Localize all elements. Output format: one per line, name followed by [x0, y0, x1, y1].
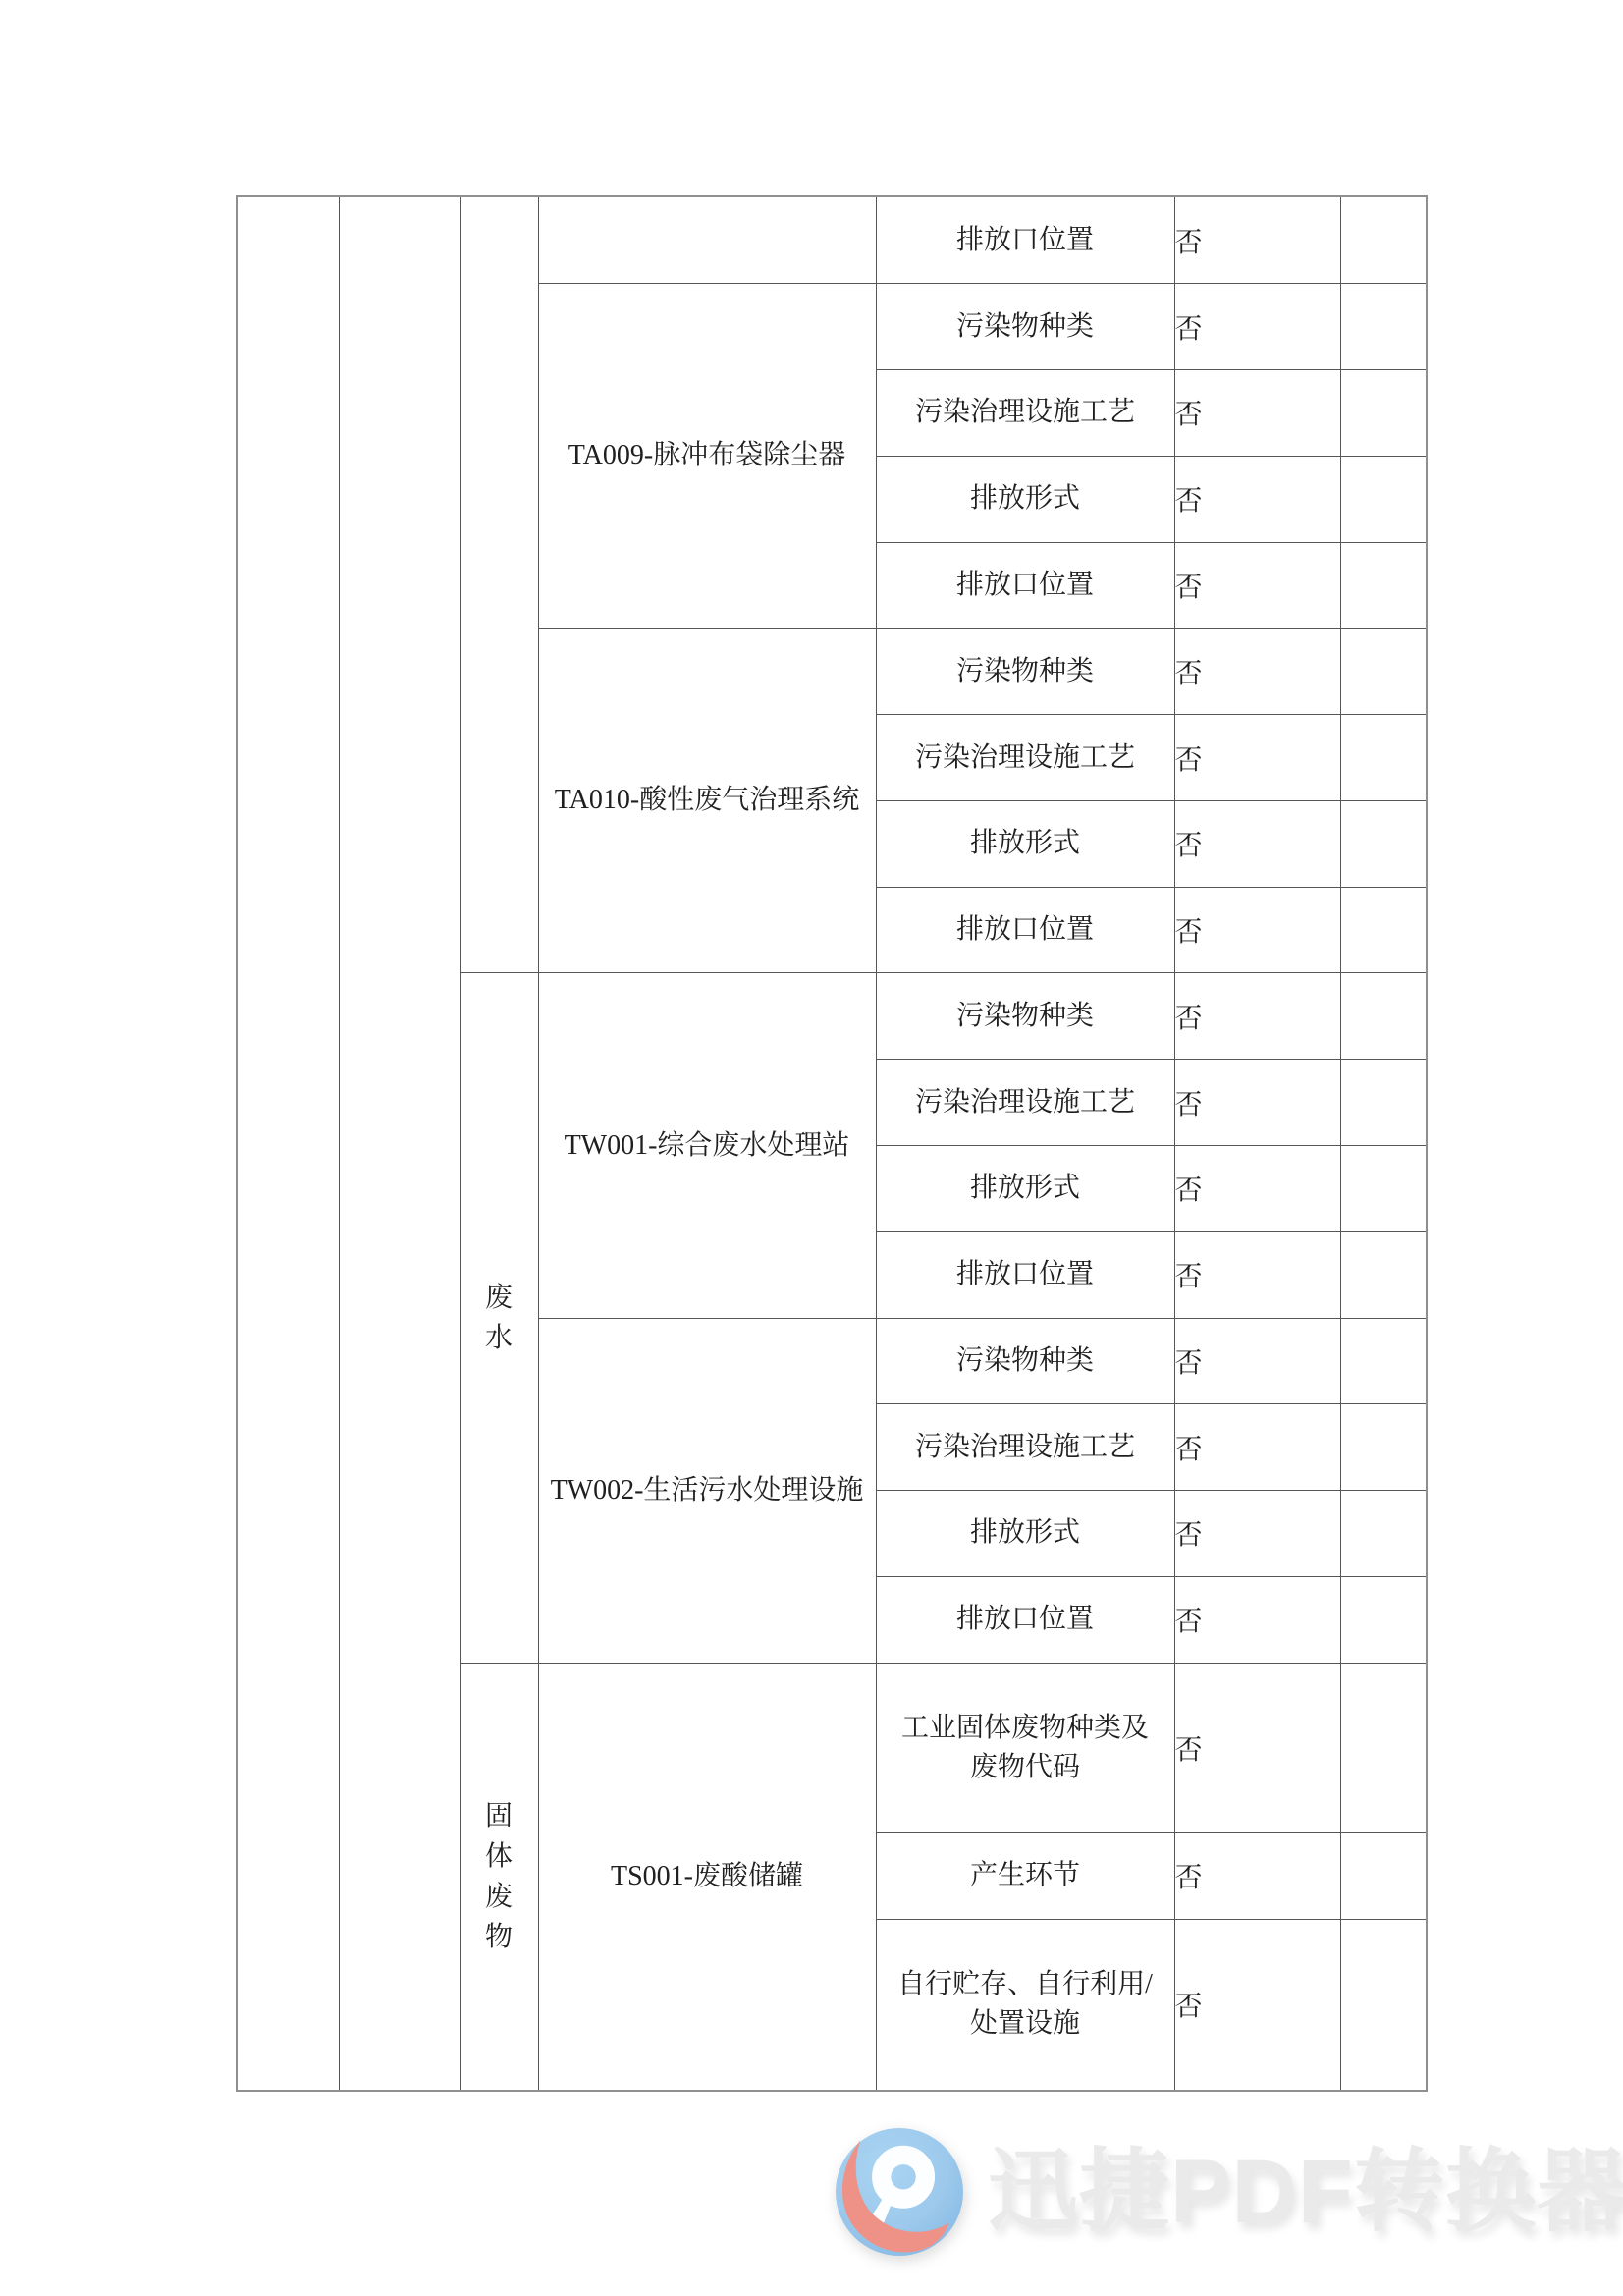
- document-page: 排放口位置否TA009-脉冲布袋除尘器污染物种类否污染治理设施工艺否排放形式否排…: [0, 0, 1623, 2296]
- xunjie-pdf-converter-logo-icon: [835, 2127, 964, 2257]
- empty-column-1-cell: [237, 196, 339, 2091]
- parameter-label-cell: 排放形式: [876, 800, 1174, 887]
- table-row: 排放口位置否: [237, 196, 1427, 284]
- empty-column-last-cell: [1340, 370, 1427, 457]
- category-cell: [460, 196, 538, 973]
- value-cell: 否: [1174, 1833, 1340, 1920]
- value-cell: 否: [1174, 715, 1340, 801]
- value-cell: 否: [1174, 973, 1340, 1060]
- watermark-text: 迅捷PDF转换器: [988, 2127, 1623, 2257]
- empty-column-last-cell: [1340, 542, 1427, 629]
- empty-column-last-cell: [1340, 1919, 1427, 2091]
- parameter-label-cell: 污染物种类: [876, 284, 1174, 370]
- empty-column-last-cell: [1340, 1318, 1427, 1404]
- empty-column-2-cell: [339, 196, 460, 2091]
- empty-column-last-cell: [1340, 629, 1427, 715]
- permit-table: 排放口位置否TA009-脉冲布袋除尘器污染物种类否污染治理设施工艺否排放形式否排…: [236, 195, 1428, 2092]
- parameter-label-cell: 排放形式: [876, 1491, 1174, 1577]
- parameter-label-cell: 污染治理设施工艺: [876, 1060, 1174, 1146]
- value-cell: 否: [1174, 800, 1340, 887]
- parameter-label-cell: 污染物种类: [876, 629, 1174, 715]
- value-cell: 否: [1174, 1919, 1340, 2091]
- facility-name-cell: TW002-生活污水处理设施: [538, 1318, 876, 1663]
- parameter-label-cell: 排放口位置: [876, 1576, 1174, 1663]
- parameter-label-cell: 污染治理设施工艺: [876, 1404, 1174, 1491]
- parameter-label-cell: 产生环节: [876, 1833, 1174, 1920]
- category-cell: 固 体 废 物: [460, 1663, 538, 2091]
- parameter-label-cell: 排放形式: [876, 456, 1174, 542]
- value-cell: 否: [1174, 887, 1340, 973]
- parameter-label-cell: 排放形式: [876, 1146, 1174, 1232]
- empty-column-last-cell: [1340, 973, 1427, 1060]
- value-cell: 否: [1174, 1404, 1340, 1491]
- value-cell: 否: [1174, 1576, 1340, 1663]
- value-cell: 否: [1174, 1060, 1340, 1146]
- empty-column-last-cell: [1340, 800, 1427, 887]
- value-cell: 否: [1174, 1663, 1340, 1832]
- facility-name-cell: TA009-脉冲布袋除尘器: [538, 284, 876, 629]
- value-cell: 否: [1174, 370, 1340, 457]
- parameter-label-cell: 自行贮存、自行利用/ 处置设施: [876, 1919, 1174, 2091]
- parameter-label-cell: 工业固体废物种类及 废物代码: [876, 1663, 1174, 1832]
- value-cell: 否: [1174, 456, 1340, 542]
- facility-name-cell: [538, 196, 876, 284]
- value-cell: 否: [1174, 629, 1340, 715]
- value-cell: 否: [1174, 196, 1340, 284]
- empty-column-last-cell: [1340, 1576, 1427, 1663]
- value-cell: 否: [1174, 284, 1340, 370]
- facility-name-cell: TW001-综合废水处理站: [538, 973, 876, 1318]
- empty-column-last-cell: [1340, 1663, 1427, 1832]
- parameter-label-cell: 排放口位置: [876, 1231, 1174, 1318]
- parameter-label-cell: 污染物种类: [876, 1318, 1174, 1404]
- value-cell: 否: [1174, 1491, 1340, 1577]
- empty-column-last-cell: [1340, 887, 1427, 973]
- value-cell: 否: [1174, 1231, 1340, 1318]
- empty-column-last-cell: [1340, 1146, 1427, 1232]
- parameter-label-cell: 污染物种类: [876, 973, 1174, 1060]
- empty-column-last-cell: [1340, 715, 1427, 801]
- empty-column-last-cell: [1340, 1491, 1427, 1577]
- empty-column-last-cell: [1340, 456, 1427, 542]
- parameter-label-cell: 排放口位置: [876, 542, 1174, 629]
- facility-name-cell: TS001-废酸储罐: [538, 1663, 876, 2091]
- facility-name-cell: TA010-酸性废气治理系统: [538, 629, 876, 973]
- value-cell: 否: [1174, 1318, 1340, 1404]
- empty-column-last-cell: [1340, 196, 1427, 284]
- value-cell: 否: [1174, 542, 1340, 629]
- empty-column-last-cell: [1340, 284, 1427, 370]
- parameter-label-cell: 污染治理设施工艺: [876, 370, 1174, 457]
- empty-column-last-cell: [1340, 1833, 1427, 1920]
- value-cell: 否: [1174, 1146, 1340, 1232]
- permit-table-wrap: 排放口位置否TA009-脉冲布袋除尘器污染物种类否污染治理设施工艺否排放形式否排…: [236, 195, 1428, 2092]
- parameter-label-cell: 排放口位置: [876, 196, 1174, 284]
- watermark: 迅捷PDF转换器: [835, 2127, 1623, 2257]
- empty-column-last-cell: [1340, 1060, 1427, 1146]
- empty-column-last-cell: [1340, 1231, 1427, 1318]
- parameter-label-cell: 污染治理设施工艺: [876, 715, 1174, 801]
- parameter-label-cell: 排放口位置: [876, 887, 1174, 973]
- empty-column-last-cell: [1340, 1404, 1427, 1491]
- category-cell: 废 水: [460, 973, 538, 1663]
